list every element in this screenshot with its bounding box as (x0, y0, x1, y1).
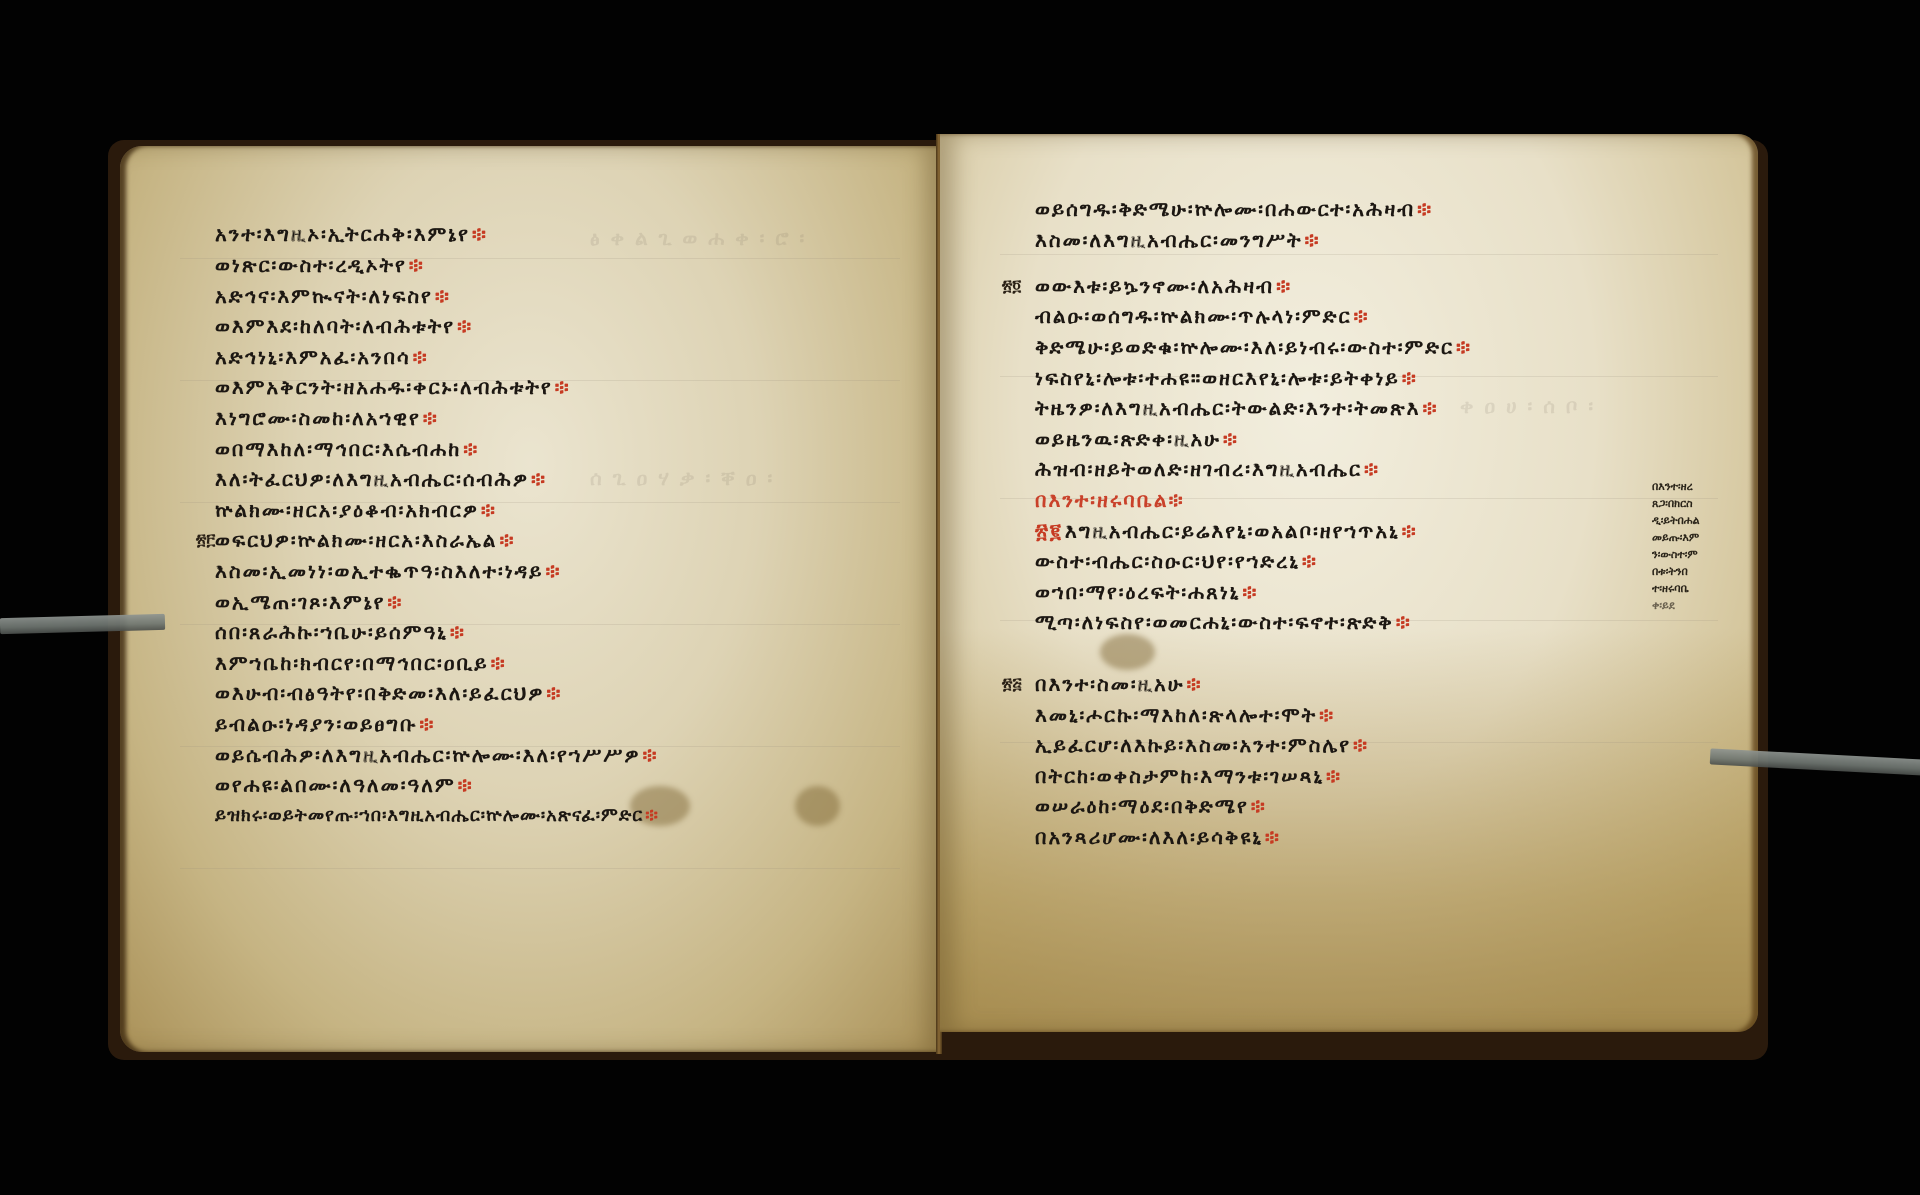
text-line: ወኢሜጠ፡ገጾ፡እምኔየ፨ (215, 590, 403, 614)
cross-mark-icon: ፨ (413, 345, 429, 369)
cross-mark-icon: ፨ (1456, 335, 1472, 359)
cross-mark-icon: ፨ (387, 590, 403, 614)
cross-mark-icon: ፨ (457, 314, 473, 338)
text-line: ወየሐዩ፡ልበሙ፡ለዓለመ፡ዓለም፨ (215, 773, 474, 797)
verse-marker: ፳፫ (196, 530, 215, 550)
cross-mark-icon: ፨ (458, 773, 474, 797)
text-line: ወውእቱ፡ይኴንኖሙ፡ለአሕዛብ፨ (1035, 274, 1292, 298)
cross-mark-icon: ፨ (1396, 610, 1412, 634)
water-stain (795, 786, 840, 826)
text-line: ወይሰግዱ፡ቅድሜሁ፡ኵሎሙ፡በሐውርተ፡አሕዛብ፨ (1035, 197, 1433, 221)
text-line: ሰበ፡ጸራሕኩ፡ኀቤሁ፡ይሰምዓኒ፨ (215, 620, 466, 644)
cross-mark-icon: ፨ (545, 559, 561, 583)
cross-mark-icon: ፨ (1242, 580, 1258, 604)
cross-mark-icon: ፨ (1354, 304, 1370, 328)
show-through-text: ሰ ጊ ዐ ሃ ቃ ፡ ቐ ዐ ፡ (590, 466, 774, 490)
cross-mark-icon: ፨ (1417, 197, 1433, 221)
cross-mark-icon: ፨ (1402, 519, 1418, 543)
margin-note-line: በቱ፡ትንበ (1652, 563, 1752, 580)
cross-mark-icon: ፨ (419, 712, 435, 736)
text-line: ወእምእደ፡ከለባት፡ለብሕቱትየ፨ (215, 314, 473, 338)
show-through-text: ቀ ዐ ሀ ፡ ሰ ቦ ፡ (1460, 394, 1595, 418)
text-line: በአንጻሪሆሙ፡ለእለ፡ይሳቅዩኒ፨ (1035, 825, 1281, 849)
cross-mark-icon: ፨ (463, 437, 479, 461)
end-mark-icon: ፨ (1169, 488, 1185, 512)
rubric-number: ፳፪ (1035, 519, 1063, 543)
ruling-line (1000, 254, 1718, 255)
text-line: አንተ፡እግዚኦ፡ኢትርሐቅ፡እምኔየ፨ (215, 222, 488, 246)
text-line: ይዝክሩ፡ወይትመየጡ፡ኀበ፡እግዚአብሔር፡ኵሎሙ፡አጽናፈ፡ምድር፨ (215, 804, 659, 828)
text-line: ይብልዑ፡ነዳያን፡ወይፀግቡ፨ (215, 712, 435, 736)
margin-note-line: ን፡ውስተ፡ም (1652, 546, 1752, 563)
cross-mark-icon: ፨ (491, 651, 507, 675)
cross-mark-icon: ፨ (642, 743, 658, 767)
cross-mark-icon: ፨ (499, 528, 515, 552)
text-line: እስመ፡ኢመነነ፡ወኢተቈጥዓ፡ስእለተ፡ነዳይ፨ (215, 559, 562, 583)
text-line: ወእሁብ፡ብፅዓትየ፡በቅድመ፡እለ፡ይፈርህዎ፨ (215, 681, 562, 705)
cross-mark-icon: ፨ (1276, 274, 1292, 298)
cross-mark-icon: ፨ (1402, 366, 1418, 390)
text-line: በእንተ፡ስመ፡ዚአሁ፨ (1035, 672, 1203, 696)
text-line: ወይሴብሕዎ፡ለእግዚአብሔር፡ኵሎሙ፡እለ፡የኀሥሥዎ፨ (215, 743, 659, 767)
margin-note-line: ተ፡ዘሩባቤ (1652, 580, 1752, 597)
margin-annotation: በእንተ፡ዘረ ጸጋ፡በክርስ ዲ፡ይትበሐል መይጡ፡እም ን፡ውስተ፡ም በ… (1652, 478, 1752, 614)
cross-mark-icon: ፨ (1302, 549, 1318, 573)
show-through-text: ፅ ቀ ል ጊ ወ ሐ ቀ ፡ ሮ ፡ (590, 226, 806, 250)
text-line: አድኅነኒ፡እምአፈ፡አንበሳ፨ (215, 345, 429, 369)
cross-mark-icon: ፨ (555, 375, 571, 399)
cross-mark-icon: ፨ (1353, 733, 1369, 757)
cross-mark-icon: ፨ (531, 467, 547, 491)
rubric-heading: በእንተ፡ዘሩባቤል፨ (1035, 488, 1185, 512)
text-line: ወነጽር፡ውስተ፡ረዲኦትየ፨ (215, 253, 425, 277)
ruling-line (180, 868, 900, 869)
margin-note-line: ዲ፡ይትበሐል (1652, 512, 1752, 529)
text-line: ፳፪እግዚአብሔር፡ይሬእየኒ፡ወአልቦ፡ዘየኀጥአኒ፨ (1035, 519, 1418, 543)
cross-mark-icon: ፨ (435, 284, 451, 308)
text-line: ወእምአቅርንት፡ዘአሐዱ፡ቀርኑ፡ለብሕቱትየ፨ (215, 375, 571, 399)
text-line: ወሠራዕከ፡ማዕደ፡በቅድሜየ፨ (1035, 794, 1267, 818)
cross-mark-icon: ፨ (546, 681, 562, 705)
margin-note-line: መይጡ፡እም (1652, 529, 1752, 546)
text-line: እስመ፡ለእግዚአብሔር፡መንግሥት፨ (1035, 228, 1321, 252)
cross-mark-icon: ፨ (1364, 457, 1380, 481)
manuscript-photo: ፅ ቀ ል ጊ ወ ሐ ቀ ፡ ሮ ፡ ሰ ጊ ዐ ሃ ቃ ፡ ቐ ዐ ፡ ቀ … (0, 0, 1920, 1195)
text-line: እመኒ፡ሖርኩ፡ማእከለ፡ጽላሎተ፡ሞት፨ (1035, 703, 1335, 727)
cross-mark-icon: ፨ (1251, 794, 1267, 818)
text-line: ቅድሜሁ፡ይወድቁ፡ኵሎሙ፡እለ፡ይነብሩ፡ውስተ፡ምድር፨ (1035, 335, 1472, 359)
text-line: እነግሮሙ፡ስመከ፡ለአኀዊየ፨ (215, 406, 439, 430)
cross-mark-icon: ፨ (450, 620, 466, 644)
cross-mark-icon: ፨ (472, 222, 488, 246)
verse-marker: ፳፬ (1002, 276, 1021, 296)
text-line: ኵልክሙ፡ዘርአ፡ያዕቆብ፡አክብርዎ፨ (215, 498, 497, 522)
text-line: እምኀቤከ፡ክብርየ፡በማኅበር፡ዐቢይ፨ (215, 651, 507, 675)
cross-mark-icon: ፨ (1422, 396, 1438, 420)
text-line: ውስተ፡ብሔር፡ስዑር፡ህየ፡የኀድረኒ፨ (1035, 549, 1318, 573)
text-line: ወፍርህዎ፡ኵልክሙ፡ዘርአ፡እስራኤል፨ (215, 528, 516, 552)
water-stain (1100, 634, 1155, 670)
text-line: ሚጣ፡ለነፍስየ፡ወመርሐኒ፡ውስተ፡ፍኖተ፡ጽድቅ፨ (1035, 610, 1412, 634)
text-line: ሕዝብ፡ዘይትወለድ፡ዘገብረ፡እግዚአብሔር፨ (1035, 457, 1380, 481)
text-line: ወበማእከለ፡ማኅበር፡እሴብሐከ፨ (215, 437, 479, 461)
cross-mark-icon: ፨ (1187, 672, 1203, 696)
text-line: ወይዜንዉ፡ጽድቀ፡ዚአሁ፨ (1035, 427, 1239, 451)
text-line: ወኀበ፡ማየ፡ዕረፍት፡ሐጸነኒ፨ (1035, 580, 1258, 604)
text-line: ኢይፈርሆ፡ለእኩይ፡እስመ፡አንተ፡ምስሌየ፨ (1035, 733, 1369, 757)
text-line: ብልዑ፡ወሰግዱ፡ኵልክሙ፡ጥሉላነ፡ምድር፨ (1035, 304, 1370, 328)
margin-note-line: ጸጋ፡በክርስ (1652, 495, 1752, 512)
margin-note-line: ቀ፡ይደ (1652, 597, 1752, 614)
cross-mark-icon: ፨ (1223, 427, 1239, 451)
verse-marker: ፳፭ (1002, 674, 1022, 694)
text-line: ትዜንዎ፡ለእግዚአብሔር፡ትውልድ፡እንተ፡ትመጽእ፨ (1035, 396, 1439, 420)
text-line: አድኅና፡እምኲናት፡ለነፍስየ፨ (215, 284, 451, 308)
cross-mark-icon: ፨ (423, 406, 439, 430)
cross-mark-icon: ፨ (645, 805, 659, 826)
text-line: ነፍስየኒ፡ሎቱ፡ተሐዩ።ወዘርእየኒ፡ሎቱ፡ይትቀነይ፨ (1035, 366, 1418, 390)
cross-mark-icon: ፨ (1326, 764, 1342, 788)
cross-mark-icon: ፨ (1319, 703, 1335, 727)
margin-note-line: በእንተ፡ዘረ (1652, 478, 1752, 495)
cross-mark-icon: ፨ (1305, 228, 1321, 252)
cross-mark-icon: ፨ (481, 498, 497, 522)
cross-mark-icon: ፨ (409, 253, 425, 277)
text-line: እለ፡ትፈርህዎ፡ለእግዚአብሔር፡ሰብሕዎ፨ (215, 467, 547, 491)
cross-mark-icon: ፨ (1265, 825, 1281, 849)
text-line: በትርከ፡ወቀስታምከ፡እማንቱ፡ገሠጻኒ፨ (1035, 764, 1342, 788)
